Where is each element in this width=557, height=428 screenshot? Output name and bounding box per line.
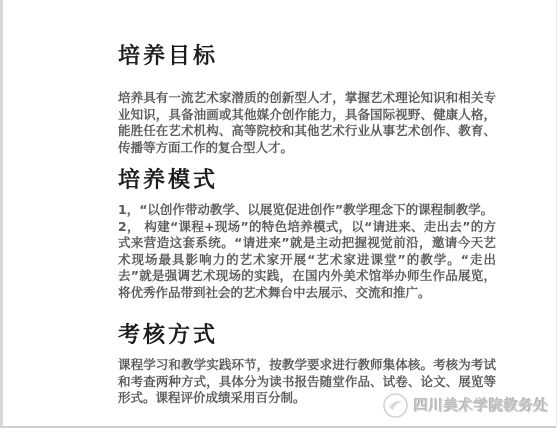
section-training-mode: 培养模式 1，“以创作带动教学、以展览促进创作”教学理念下的课程制教学。 2， … [118, 169, 496, 301]
watermark: 四川美术学院教务处 [382, 392, 549, 419]
training-objectives-heading: 培养目标 [118, 45, 496, 69]
watermark-text: 四川美术学院教务处 [414, 395, 549, 416]
assessment-method-heading: 考核方式 [118, 324, 496, 348]
section-training-objectives: 培养目标 培养具有一流艺术家潜质的创新型人才，掌握艺术理论知识和相关专业知识，具… [118, 45, 496, 156]
training-objectives-paragraph: 培养具有一流艺术家潜质的创新型人才，掌握艺术理论知识和相关专业知识，具备油画或其… [118, 90, 496, 156]
training-mode-heading: 培养模式 [118, 169, 496, 193]
article-content: 培养目标 培养具有一流艺术家潜质的创新型人才，掌握艺术理论知识和相关专业知识，具… [118, 0, 496, 407]
training-mode-item-1: 1，“以创作带动教学、以展览促进创作”教学理念下的课程制教学。 [118, 202, 496, 219]
training-mode-item-2: 2， 构建“课程+现场”的特色培养模式，以“请进来、走出去”的方式来营造这套系统… [118, 219, 496, 302]
page-left-edge [0, 0, 3, 428]
academy-logo-icon [382, 392, 409, 419]
